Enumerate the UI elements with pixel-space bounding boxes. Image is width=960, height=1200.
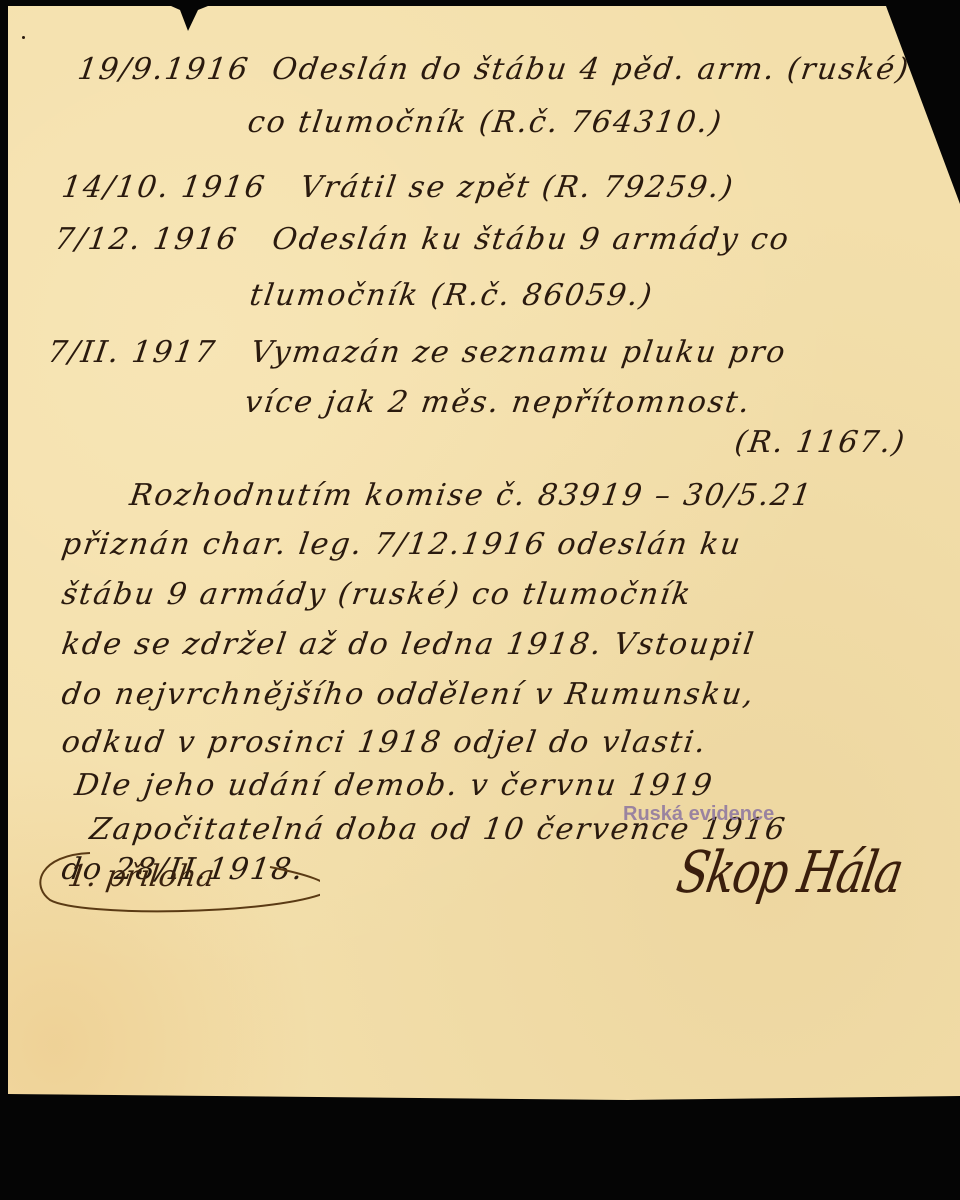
entry-2-text: Vrátil se zpět (R. 79259.): [298, 170, 737, 205]
entry-4-line-2: více jak 2 měs. nepřítomnost.: [243, 385, 754, 420]
entry-4-date: 7/II. 1917: [46, 335, 219, 370]
ink-dot: [22, 36, 25, 39]
signature: Skop Hála: [672, 838, 907, 906]
paragraph-line-7: Dle jeho udání demob. v červnu 1919: [73, 768, 716, 803]
russian-records-stamp: Ruská evidence: [623, 803, 774, 826]
entry-4-line-1: 7/II. 1917 Vymazán ze seznamu pluku pro: [46, 335, 789, 370]
entry-2-date: 14/10. 1916: [60, 170, 269, 205]
paragraph-line-1: Rozhodnutím komise č. 83919 – 30/5.21: [128, 478, 816, 513]
paragraph-line-2: přiznán char. leg. 7/12.1916 odeslán ku: [60, 527, 745, 562]
entry-2-line-1: 14/10. 1916 Vrátil se zpět (R. 79259.): [60, 170, 737, 205]
paragraph-line-3: štábu 9 armády (ruské) co tlumočník: [60, 577, 695, 612]
entry-3-text: Odeslán ku štábu 9 armády co: [270, 222, 792, 257]
paragraph-line-5: do nejvrchnějšího oddělení v Rumunsku,: [60, 677, 758, 712]
entry-1-text: Odeslán do štábu 4 pěd. arm. (ruské): [270, 52, 912, 87]
paragraph-line-6: odkud v prosinci 1918 odjel do vlasti.: [60, 725, 710, 760]
paragraph-line-4: kde se zdržel až do ledna 1918. Vstoupil: [60, 627, 758, 662]
entry-3-date: 7/12. 1916: [53, 222, 241, 257]
attachment-note: 1. příloha: [20, 845, 320, 915]
entry-4-line-3: (R. 1167.): [733, 425, 909, 460]
entry-3-line-1: 7/12. 1916 Odeslán ku štábu 9 armády co: [53, 222, 793, 257]
entry-1-line-1: 19/9.1916 Odeslán do štábu 4 pěd. arm. (…: [76, 52, 913, 87]
entry-3-line-2: tlumočník (R.č. 86059.): [248, 278, 656, 313]
attachment-label: 1. příloha: [66, 859, 217, 894]
entry-4-text: Vymazán ze seznamu pluku pro: [248, 335, 789, 370]
entry-1-line-2: co tlumočník (R.č. 764310.): [246, 105, 726, 140]
entry-1-date: 19/9.1916: [76, 52, 252, 87]
